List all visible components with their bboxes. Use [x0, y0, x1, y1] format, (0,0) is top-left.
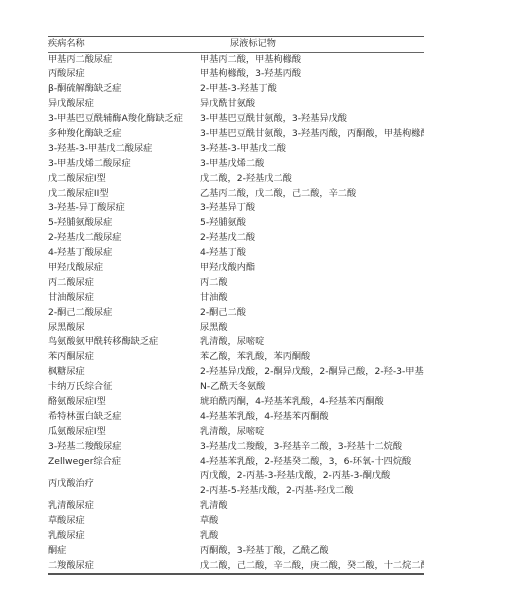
- urine-markers: 2-酮己二酸: [200, 306, 424, 321]
- table-row: 甲羟戊酸尿症甲羟戊酸内酯: [48, 261, 424, 276]
- urine-markers-line-1: 丙戊酸，2-丙基-3-羟基戊酸，2-丙基-3-酮戊酸: [200, 469, 424, 484]
- urine-markers: 乳清酸，尿嘧啶: [200, 335, 424, 350]
- urine-markers: 4-羟基丁酸: [200, 246, 424, 261]
- table-row: 二羧酸尿症戊二酸，己二酸，辛二酸，庚二酸，癸二酸，十二烷二酸: [48, 559, 424, 574]
- urine-markers: 4-羟基苯乳酸，2-羟基癸二酸，3，6-环氧-十四烷酸: [200, 455, 424, 470]
- table-row: 3-羟基二羧酸尿症3-羟基戊二羧酸，3-羟基辛二酸，3-羟基十二烷酸: [48, 440, 424, 455]
- urine-markers: 2-羟基戊二酸: [200, 231, 424, 246]
- urine-markers: 尿黑酸: [200, 321, 424, 336]
- urine-markers: 丙戊酸，2-丙基-3-羟基戊酸，2-丙基-3-酮戊酸 2-丙基-5-羟基戊酸，2…: [200, 469, 424, 499]
- disease-name: 丙酸尿症: [48, 67, 200, 82]
- urine-markers: 戊二酸，2-羟基戊二酸: [200, 172, 424, 187]
- urine-markers: 乳酸: [200, 529, 424, 544]
- table-row: 戊二酸尿症II型乙基丙二酸，戊二酸，己二酸，辛二酸: [48, 187, 424, 202]
- disease-name: 3-羟基二羧酸尿症: [48, 440, 200, 455]
- disease-name: 3-羟基-异丁酸尿症: [48, 201, 200, 216]
- disease-name: 卡纳万氏综合征: [48, 380, 200, 395]
- table-row: 5-羟脯氨酸尿症5-羟脯氨酸: [48, 216, 424, 231]
- table-row: 苯丙酮尿症苯乙酸，苯乳酸，苯丙酮酸: [48, 350, 424, 365]
- header-disease-name: 疾病名称: [48, 37, 200, 52]
- table-header-row: 疾病名称 尿液标记物: [48, 37, 424, 52]
- table-bottom-rule: [48, 573, 424, 575]
- table-row: 3-甲基戊烯二酸尿症3-甲基戊烯二酸: [48, 157, 424, 172]
- table-row: 3-羟基-3-甲基戊二酸尿症3-羟基-3-甲基戊二酸: [48, 142, 424, 157]
- urine-markers: 甲基丙二酸，甲基枸橼酸: [200, 53, 424, 68]
- table-row: 3-甲基巴豆酰辅酶A羧化酶缺乏症3-甲基巴豆酰甘氨酸，3-羟基异戊酸: [48, 112, 424, 127]
- urine-markers: 甲基枸橼酸，3-羟基丙酸: [200, 67, 424, 82]
- disease-name: 鸟氨酸氨甲酰转移酶缺乏症: [48, 335, 200, 350]
- disease-name: 5-羟脯氨酸尿症: [48, 216, 200, 231]
- urine-markers: 乳清酸，尿嘧啶: [200, 425, 424, 440]
- disease-name: 乳清酸尿症: [48, 499, 200, 514]
- disease-name: 苯丙酮尿症: [48, 350, 200, 365]
- table-row: 2-酮己二酸尿症2-酮己二酸: [48, 306, 424, 321]
- disease-name: 3-甲基戊烯二酸尿症: [48, 157, 200, 172]
- table-row: 卡纳万氏综合征N-乙酰天冬氨酸: [48, 380, 424, 395]
- table-body-continued: 乳清酸尿症乳清酸草酸尿症草酸乳酸尿症乳酸酮症丙酮酸，3-羟基丁酸，乙酰乙酸二羧酸…: [48, 499, 424, 573]
- table-row: 丙戊酸治疗 丙戊酸，2-丙基-3-羟基戊酸，2-丙基-3-酮戊酸 2-丙基-5-…: [48, 469, 424, 499]
- table-row: 丙二酸尿症丙二酸: [48, 276, 424, 291]
- urine-markers: 2-甲基-3-羟基丁酸: [200, 82, 424, 97]
- table-row: 希特林蛋白缺乏症4-羟基苯乳酸，4-羟基苯丙酮酸: [48, 410, 424, 425]
- header-urine-markers: 尿液标记物: [200, 37, 424, 52]
- disease-name: 甲羟戊酸尿症: [48, 261, 200, 276]
- disease-name: 4-羟基丁酸尿症: [48, 246, 200, 261]
- disease-name: 二羧酸尿症: [48, 559, 200, 574]
- disease-name: 丙戊酸治疗: [48, 477, 200, 492]
- disease-name: 酪氨酸尿症I型: [48, 395, 200, 410]
- urine-markers: 3-羟基戊二羧酸，3-羟基辛二酸，3-羟基十二烷酸: [200, 440, 424, 455]
- urine-markers: 草酸: [200, 514, 424, 529]
- table-row: Zellweger综合症4-羟基苯乳酸，2-羟基癸二酸，3，6-环氧-十四烷酸: [48, 455, 424, 470]
- urine-markers: N-乙酰天冬氨酸: [200, 380, 424, 395]
- table-row: 4-羟基丁酸尿症4-羟基丁酸: [48, 246, 424, 261]
- disease-name: 异戊酸尿症: [48, 97, 200, 112]
- disease-name: 希特林蛋白缺乏症: [48, 410, 200, 425]
- disease-name: 酮症: [48, 544, 200, 559]
- disease-name: 2-羟基戊二酸尿症: [48, 231, 200, 246]
- table-row: 乳酸尿症乳酸: [48, 529, 424, 544]
- urine-markers: 乙基丙二酸，戊二酸，己二酸，辛二酸: [200, 187, 424, 202]
- urine-markers: 3-甲基巴豆酰甘氨酸，3-羟基丙酸，丙酮酸，甲基枸橼酸: [200, 127, 424, 142]
- disease-name: 甲基丙二酸尿症: [48, 53, 200, 68]
- table-row: 多种羧化酶缺乏症3-甲基巴豆酰甘氨酸，3-羟基丙酸，丙酮酸，甲基枸橼酸: [48, 127, 424, 142]
- disease-name: β-酮硫解酶缺乏症: [48, 82, 200, 97]
- urine-markers: 琥珀酰丙酮，4-羟基苯乳酸，4-羟基苯丙酮酸: [200, 395, 424, 410]
- disease-name: 3-羟基-3-甲基戊二酸尿症: [48, 142, 200, 157]
- urine-markers: 异戊酰甘氨酸: [200, 97, 424, 112]
- urine-markers: 丙酮酸，3-羟基丁酸，乙酰乙酸: [200, 544, 424, 559]
- table-row: 戊二酸尿症I型戊二酸，2-羟基戊二酸: [48, 172, 424, 187]
- table-row: 3-羟基-异丁酸尿症3-羟基异丁酸: [48, 201, 424, 216]
- table-row: 2-羟基戊二酸尿症2-羟基戊二酸: [48, 231, 424, 246]
- table-row: 尿黑酸尿尿黑酸: [48, 321, 424, 336]
- urine-markers: 甲羟戊酸内酯: [200, 261, 424, 276]
- table-row: 甘油酸尿症甘油酸: [48, 291, 424, 306]
- table-row: 丙酸尿症甲基枸橼酸，3-羟基丙酸: [48, 67, 424, 82]
- table-row: 草酸尿症草酸: [48, 514, 424, 529]
- disease-name: 戊二酸尿症I型: [48, 172, 200, 187]
- disease-name: 甘油酸尿症: [48, 291, 200, 306]
- urine-markers: 乳清酸: [200, 499, 424, 514]
- disease-name: 戊二酸尿症II型: [48, 187, 200, 202]
- urine-markers: 甘油酸: [200, 291, 424, 306]
- table-row: 异戊酸尿症异戊酰甘氨酸: [48, 97, 424, 112]
- urine-markers: 4-羟基苯乳酸，4-羟基苯丙酮酸: [200, 410, 424, 425]
- table-row: β-酮硫解酶缺乏症2-甲基-3-羟基丁酸: [48, 82, 424, 97]
- urine-markers: 3-甲基巴豆酰甘氨酸，3-羟基异戊酸: [200, 112, 424, 127]
- table-row: 酪氨酸尿症I型琥珀酰丙酮，4-羟基苯乳酸，4-羟基苯丙酮酸: [48, 395, 424, 410]
- disease-name: 尿黑酸尿: [48, 321, 200, 336]
- urine-markers: 3-甲基戊烯二酸: [200, 157, 424, 172]
- disease-name: 瓜氨酸尿症I型: [48, 425, 200, 440]
- disease-name: 2-酮己二酸尿症: [48, 306, 200, 321]
- table-row: 枫糖尿症2-羟基异戊酸，2-酮异戊酸，2-酮异己酸，2-羟-3-甲基戊酸: [48, 365, 424, 380]
- table-row: 酮症丙酮酸，3-羟基丁酸，乙酰乙酸: [48, 544, 424, 559]
- table-body: 甲基丙二酸尿症甲基丙二酸，甲基枸橼酸丙酸尿症甲基枸橼酸，3-羟基丙酸β-酮硫解酶…: [48, 53, 424, 470]
- urine-markers: 苯乙酸，苯乳酸，苯丙酮酸: [200, 350, 424, 365]
- disease-name: 枫糖尿症: [48, 365, 200, 380]
- urine-markers: 5-羟脯氨酸: [200, 216, 424, 231]
- urine-marker-table: 疾病名称 尿液标记物 甲基丙二酸尿症甲基丙二酸，甲基枸橼酸丙酸尿症甲基枸橼酸，3…: [48, 36, 424, 575]
- table-row: 乳清酸尿症乳清酸: [48, 499, 424, 514]
- disease-name: Zellweger综合症: [48, 455, 200, 470]
- urine-markers: 丙二酸: [200, 276, 424, 291]
- disease-name: 草酸尿症: [48, 514, 200, 529]
- table-row: 甲基丙二酸尿症甲基丙二酸，甲基枸橼酸: [48, 53, 424, 68]
- urine-markers: 3-羟基异丁酸: [200, 201, 424, 216]
- urine-markers: 戊二酸，己二酸，辛二酸，庚二酸，癸二酸，十二烷二酸: [200, 559, 424, 574]
- disease-name: 多种羧化酶缺乏症: [48, 127, 200, 142]
- table-row: 鸟氨酸氨甲酰转移酶缺乏症乳清酸，尿嘧啶: [48, 335, 424, 350]
- urine-markers-line-2: 2-丙基-5-羟基戊酸，2-丙基-羟戊二酸: [200, 484, 424, 499]
- disease-name: 3-甲基巴豆酰辅酶A羧化酶缺乏症: [48, 112, 200, 127]
- urine-markers: 3-羟基-3-甲基戊二酸: [200, 142, 424, 157]
- disease-name: 乳酸尿症: [48, 529, 200, 544]
- disease-name: 丙二酸尿症: [48, 276, 200, 291]
- table-row: 瓜氨酸尿症I型乳清酸，尿嘧啶: [48, 425, 424, 440]
- urine-markers: 2-羟基异戊酸，2-酮异戊酸，2-酮异己酸，2-羟-3-甲基戊酸: [200, 365, 424, 380]
